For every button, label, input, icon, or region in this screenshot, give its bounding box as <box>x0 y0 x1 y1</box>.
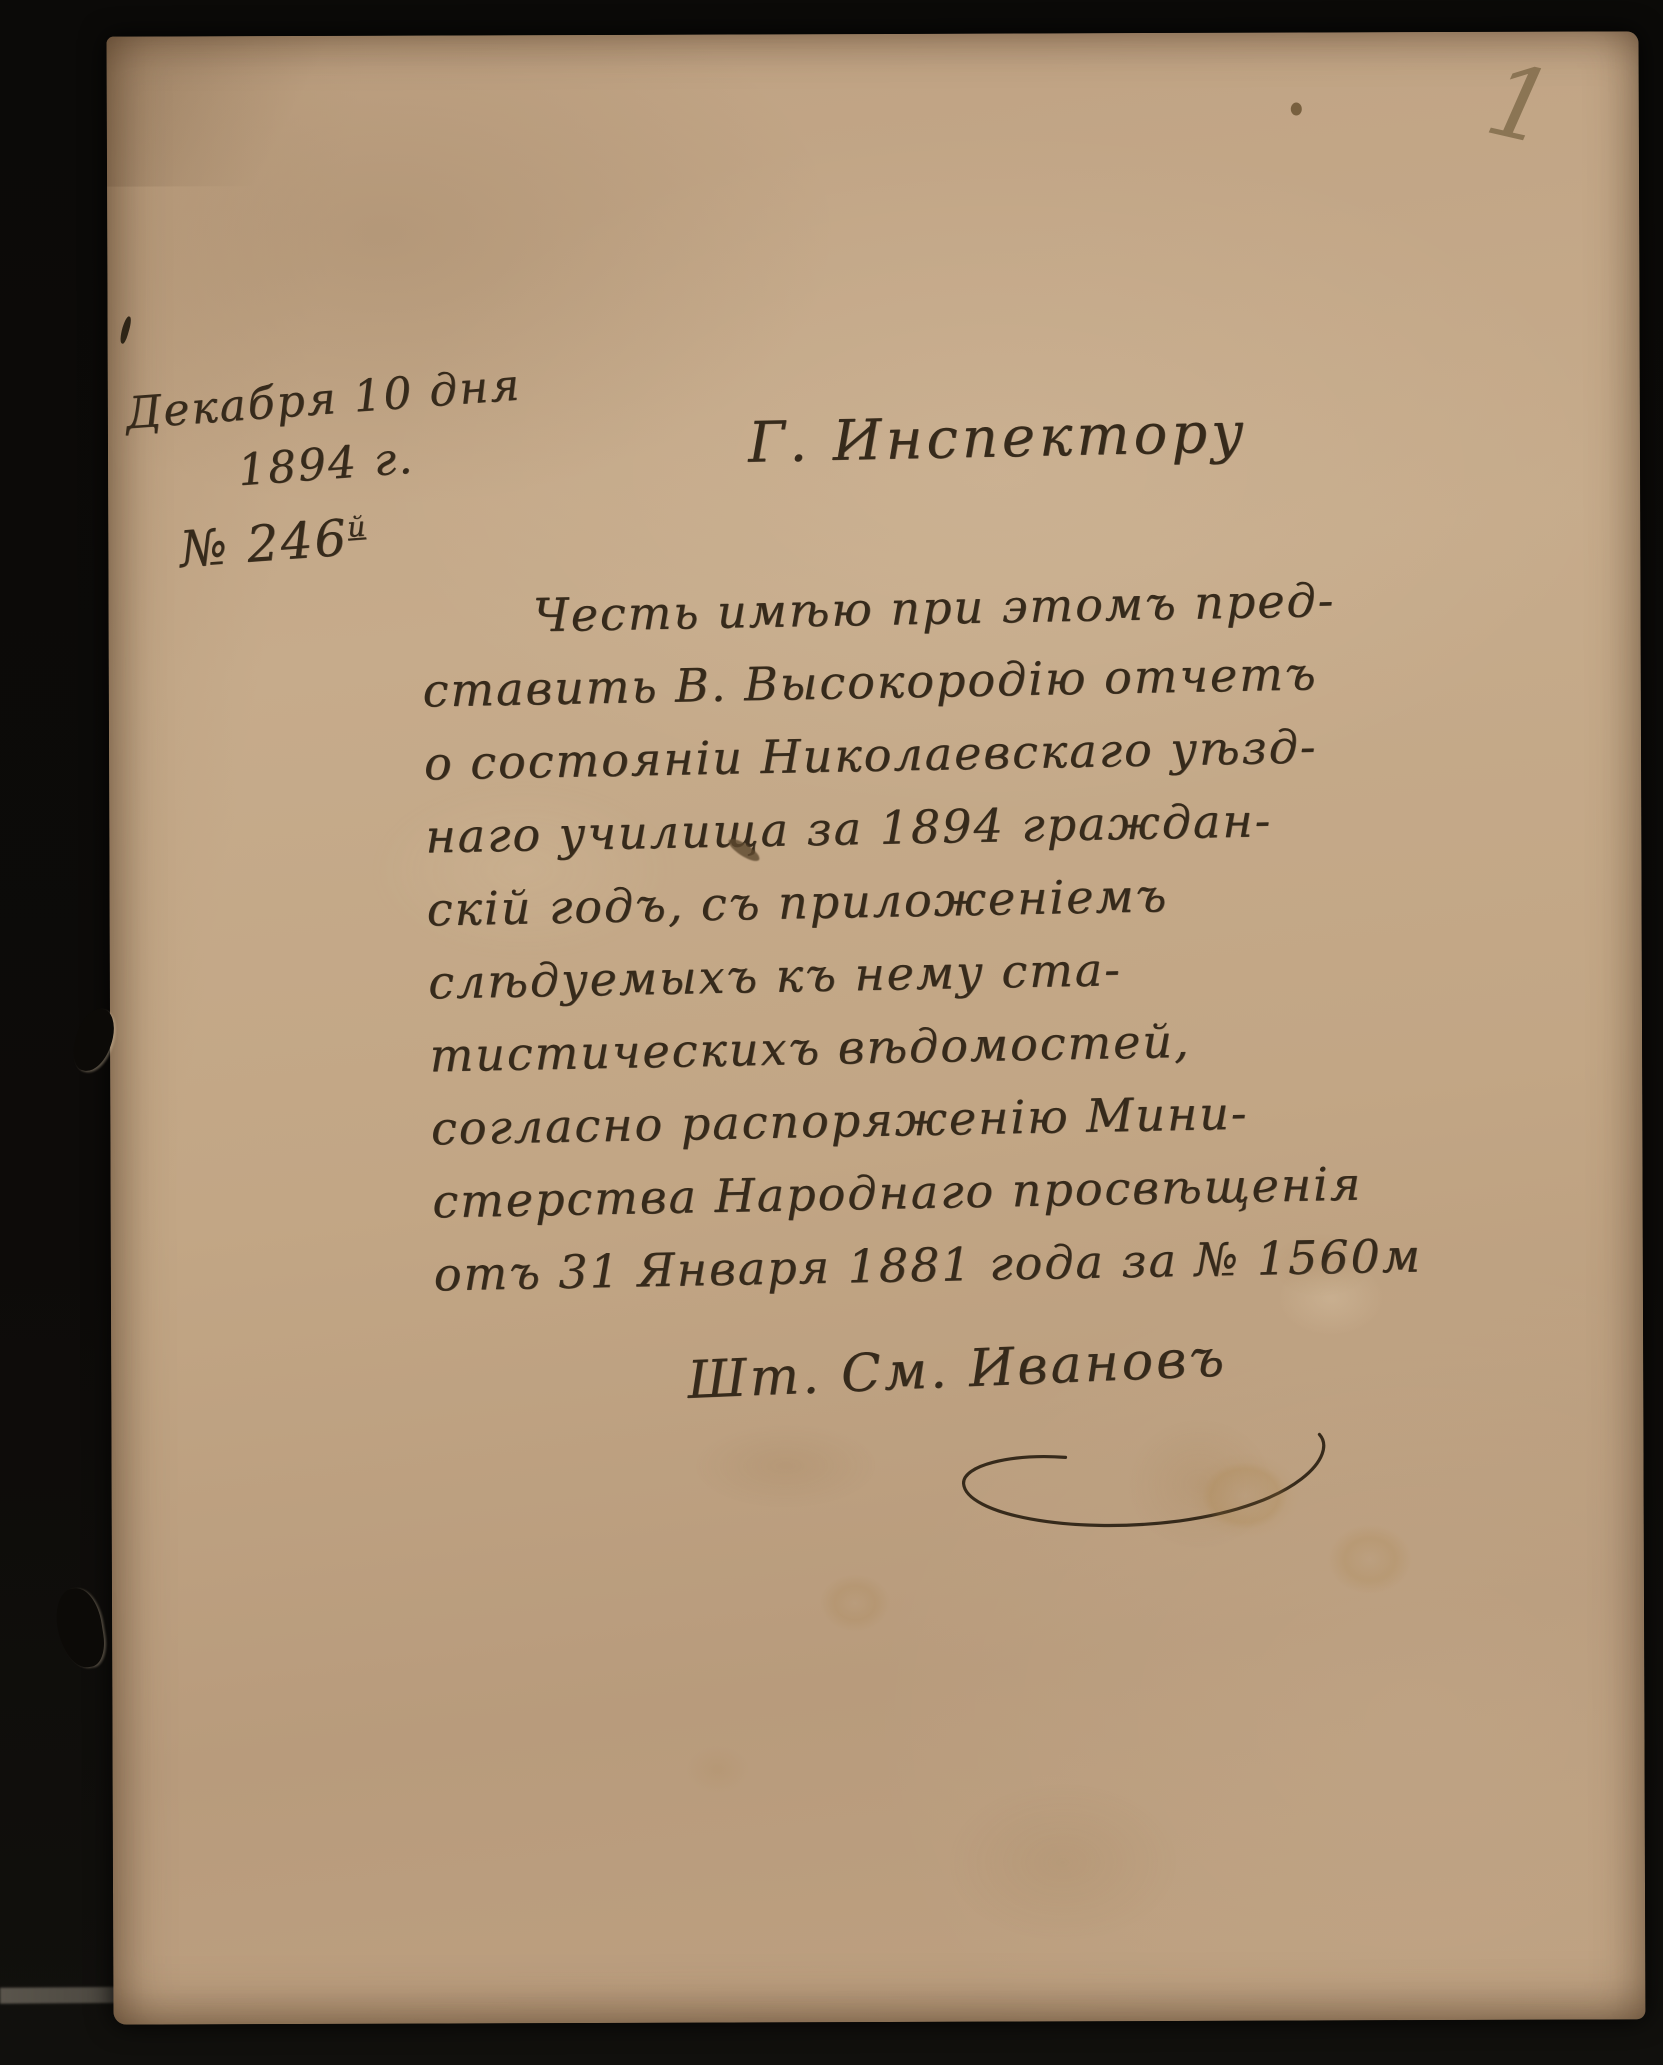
folio-number: 1 <box>1477 40 1565 168</box>
letter-body: Честь имѣю при этомъ пред- ставить В. Вы… <box>420 559 1624 1312</box>
paper-corner-crease <box>107 36 408 187</box>
docket-date-line1: Декабря 10 дня <box>124 360 523 440</box>
docket-date-line2: 1894 г. <box>236 424 527 496</box>
docket-block: Декабря 10 дня 1894 г. № 246й <box>124 360 534 583</box>
document-page: 1 Декабря 10 дня 1894 г. № 246й Г. Инспе… <box>107 31 1646 2024</box>
paper-stain <box>672 1734 762 1804</box>
torn-hole <box>52 1585 108 1671</box>
docket-number: № 246й <box>178 495 534 579</box>
docket-number-suffix: й <box>346 510 366 544</box>
paper-speck <box>1291 103 1302 116</box>
paper-stain <box>820 1574 890 1632</box>
signature-flourish <box>947 1420 1348 1571</box>
docket-number-prefix: № 246 <box>178 509 350 579</box>
photo-frame: 1 Декабря 10 дня 1894 г. № 246й Г. Инспе… <box>0 0 1663 2065</box>
salutation: Г. Инспектору <box>747 400 1248 475</box>
signature: Шт. См. Ивановъ <box>686 1328 1228 1411</box>
